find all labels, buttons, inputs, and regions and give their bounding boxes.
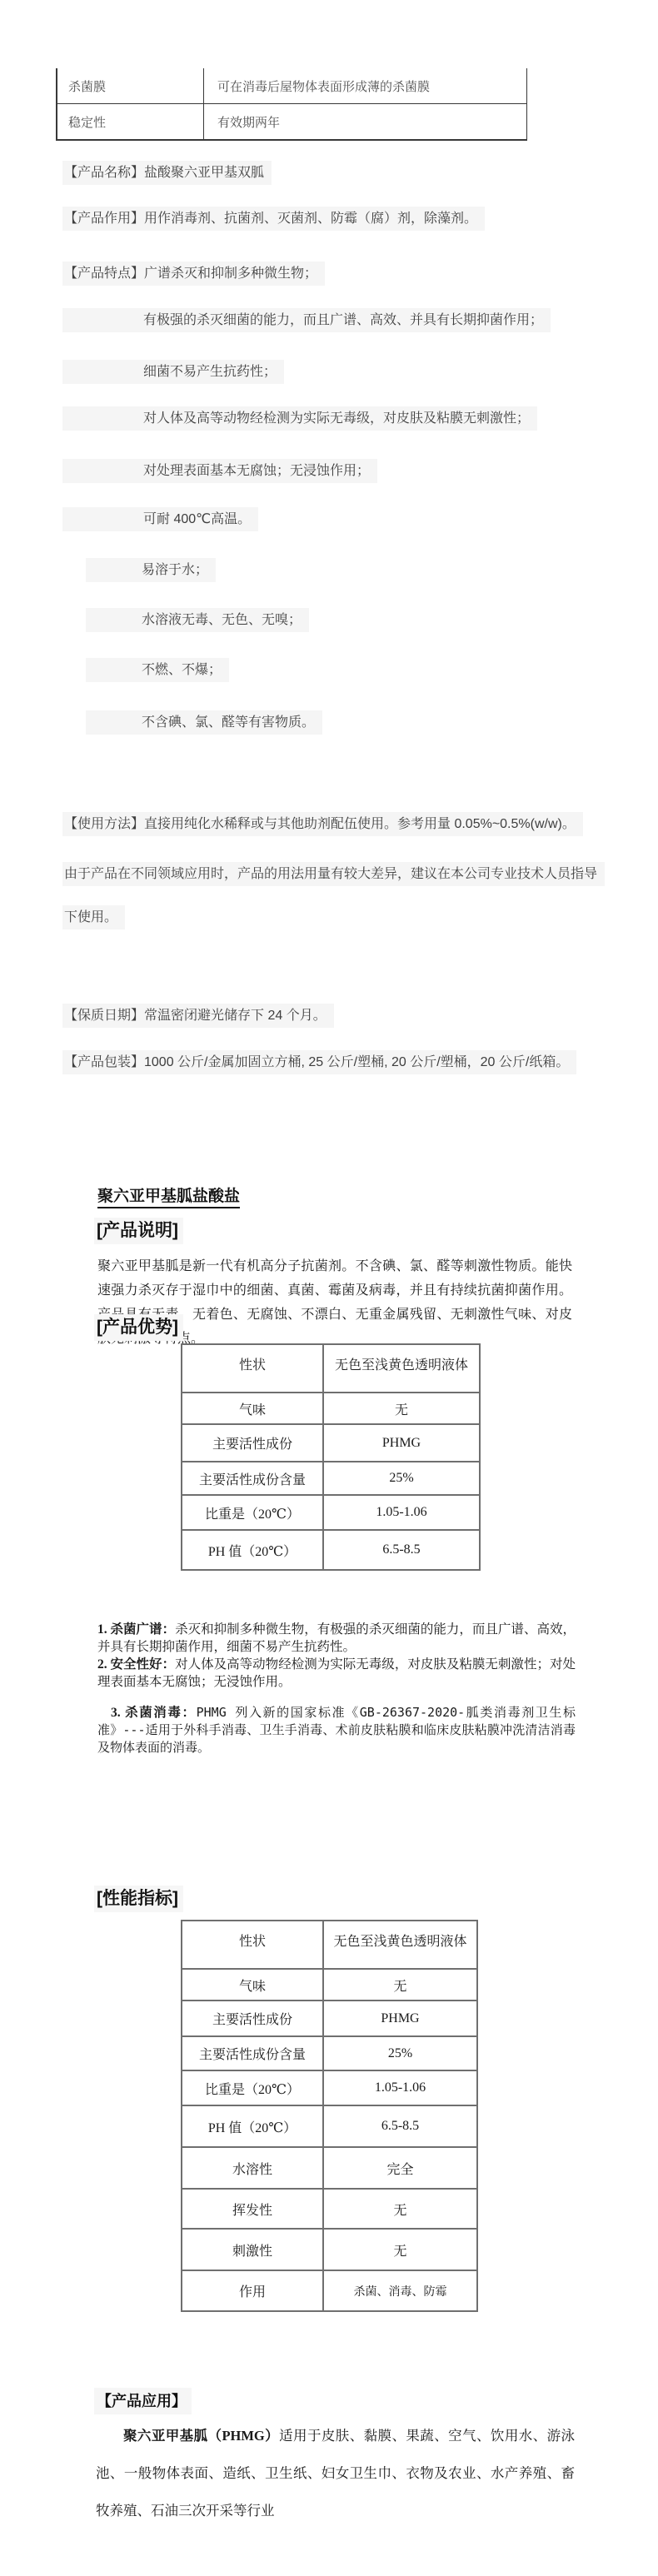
advantage-point-lead: 2. 安全性好： <box>97 1657 175 1672</box>
spec-label: 主要活性成份含量 <box>182 1462 323 1495</box>
shelf-life-line: 【保质日期】常温密闭避光储存下 24 个月。 <box>62 1004 334 1028</box>
table-row: 性状无色至浅黄色透明液体 <box>182 1344 480 1393</box>
product-effect-line: 【产品作用】用作消毒剂、抗菌剂、灭菌剂、防霉（腐）剂，除藻剂。 <box>62 207 485 231</box>
feature-item: 水溶液无毒、无色、无嗅； <box>86 608 309 632</box>
top-table: 杀菌膜 可在消毒后屋物体表面形成薄的杀菌膜 稳定性 有效期两年 <box>56 68 527 141</box>
product-features-header: 【产品特点】广谱杀灭和抑制多种微生物； <box>62 262 325 286</box>
spec-value: 无色至浅黄色透明液体 <box>323 1344 480 1393</box>
product-application-paragraph: 聚六亚甲基胍（PHMG）适用于皮肤、黏膜、果蔬、空气、饮用水、游泳池、一般物体表… <box>96 2417 575 2529</box>
product-application-header-text: 【产品应用】 <box>94 2388 192 2414</box>
spec-value: 25% <box>323 1462 480 1495</box>
spec-value: 无 <box>323 2229 477 2270</box>
usage-note-text-1: 由于产品在不同领域应用时，产品的用法用量有较大差异，建议在本公司专业技术人员指导 <box>62 862 605 886</box>
product-features-header-text: 【产品特点】广谱杀灭和抑制多种微生物； <box>62 262 325 286</box>
feature-item: 有极强的杀灭细菌的能力，而且广谱、高效、并具有长期抑菌作用； <box>62 308 551 332</box>
table-row: 主要活性成份含量25% <box>182 1462 480 1495</box>
advantage-point-lead: 1. 杀菌广谱： <box>97 1622 175 1637</box>
page-root: 杀菌膜 可在消毒后屋物体表面形成薄的杀菌膜 稳定性 有效期两年 【产品名称】盐酸… <box>0 0 658 2576</box>
spec-value: 无色至浅黄色透明液体 <box>323 1921 477 1969</box>
feature-item-text: 细菌不易产生抗药性； <box>62 360 284 384</box>
spec-label: 主要活性成份 <box>182 2001 323 2036</box>
performance-index-header: [性能指标] <box>94 1886 183 1912</box>
spec-label: 气味 <box>182 1969 323 2001</box>
spec-label: 性状 <box>182 1921 323 1969</box>
product-application-lead: 聚六亚甲基胍（PHMG） <box>123 2428 279 2444</box>
usage-note-text-2: 下使用。 <box>62 905 125 929</box>
table-row: PH 值（20℃）6.5-8.5 <box>182 2105 477 2147</box>
feature-item-text: 不含碘、氯、醛等有害物质。 <box>86 710 322 735</box>
spec-label: PH 值（20℃） <box>182 1530 323 1570</box>
spec-value: 完全 <box>323 2147 477 2189</box>
table-row: 比重是（20℃）1.05-1.06 <box>182 1495 480 1530</box>
table-row: 性状无色至浅黄色透明液体 <box>182 1921 477 1969</box>
top-table-label-bactericidal-film: 杀菌膜 <box>57 68 204 104</box>
table-row: 主要活性成份含量25% <box>182 2036 477 2070</box>
performance-spec-table: 性状无色至浅黄色透明液体 气味无 主要活性成份PHMG 主要活性成份含量25% … <box>181 1920 478 2312</box>
table-row: 挥发性无 <box>182 2189 477 2229</box>
spec-value: 无 <box>323 1393 480 1424</box>
table-row: 稳定性 有效期两年 <box>57 104 527 141</box>
spec-label: 比重是（20℃） <box>182 1495 323 1530</box>
table-row: 主要活性成份PHMG <box>182 2001 477 2036</box>
doc-title: 聚六亚甲基胍盐酸盐 <box>97 1188 240 1208</box>
product-application-header: 【产品应用】 <box>94 2388 192 2414</box>
spec-label: 刺激性 <box>182 2229 323 2270</box>
advantage-point-2: 2. 安全性好：对人体及高等动物经检测为实际无毒级，对皮肤及粘膜无刺激性；对处理… <box>97 1656 576 1691</box>
spec-label: 主要活性成份含量 <box>182 2036 323 2070</box>
spec-value: PHMG <box>323 2001 477 2036</box>
product-effect-text: 【产品作用】用作消毒剂、抗菌剂、灭菌剂、防霉（腐）剂，除藻剂。 <box>62 207 485 231</box>
feature-item-text: 对人体及高等动物经检测为实际无毒级，对皮肤及粘膜无刺激性； <box>62 406 537 431</box>
top-table-value-bactericidal-film: 可在消毒后屋物体表面形成薄的杀菌膜 <box>204 68 527 104</box>
table-row: 刺激性无 <box>182 2229 477 2270</box>
usage-line: 【使用方法】直接用纯化水稀释或与其他助剂配伍使用。参考用量 0.05%~0.5%… <box>62 812 583 836</box>
top-table-value-stability: 有效期两年 <box>204 104 527 141</box>
table-row: 作用杀菌、消毒、防霉 <box>182 2270 477 2311</box>
usage-note-line-1: 由于产品在不同领域应用时，产品的用法用量有较大差异，建议在本公司专业技术人员指导 <box>62 862 605 886</box>
feature-item-text: 可耐 400℃高温。 <box>62 507 258 531</box>
packaging-line: 【产品包装】1000 公斤/金属加固立方桶, 25 公斤/塑桶, 20 公斤/塑… <box>62 1050 576 1074</box>
table-row: PH 值（20℃）6.5-8.5 <box>182 1530 480 1570</box>
spec-label: 比重是（20℃） <box>182 2070 323 2105</box>
spec-label: 气味 <box>182 1393 323 1424</box>
advantage-point-1: 1. 杀菌广谱：杀灭和抑制多种微生物，有极强的杀灭细菌的能力，而且广谱、高效，并… <box>97 1621 576 1656</box>
spec-value: 25% <box>323 2036 477 2070</box>
feature-item-text: 不燃、不爆； <box>86 658 229 682</box>
feature-item: 可耐 400℃高温。 <box>62 507 258 531</box>
product-description-header-text: [产品说明] <box>94 1218 183 1244</box>
spec-label: 挥发性 <box>182 2189 323 2229</box>
feature-item-text: 易溶于水； <box>86 558 216 582</box>
table-row: 气味无 <box>182 1393 480 1424</box>
table-row: 气味无 <box>182 1969 477 2001</box>
usage-note-line-2: 下使用。 <box>62 905 125 929</box>
table-row: 杀菌膜 可在消毒后屋物体表面形成薄的杀菌膜 <box>57 68 527 104</box>
feature-item: 易溶于水； <box>86 558 216 582</box>
feature-item-text: 水溶液无毒、无色、无嗅； <box>86 608 309 632</box>
product-name-line: 【产品名称】盐酸聚六亚甲基双胍 <box>62 161 272 185</box>
advantage-point-3: 3. 杀菌消毒：PHMG 列入新的国家标准《GB-26367-2020-胍类消毒… <box>97 1704 576 1756</box>
usage-text: 【使用方法】直接用纯化水稀释或与其他助剂配伍使用。参考用量 0.05%~0.5%… <box>62 812 583 836</box>
product-advantage-header-text: [产品优势] <box>94 1314 183 1341</box>
spec-value: 1.05-1.06 <box>323 2070 477 2105</box>
performance-index-header-text: [性能指标] <box>94 1886 183 1912</box>
feature-item-text: 有极强的杀灭细菌的能力，而且广谱、高效、并具有长期抑菌作用； <box>62 308 551 332</box>
spec-label: PH 值（20℃） <box>182 2105 323 2147</box>
packaging-text: 【产品包装】1000 公斤/金属加固立方桶, 25 公斤/塑桶, 20 公斤/塑… <box>62 1050 576 1074</box>
feature-item: 不燃、不爆； <box>86 658 229 682</box>
spec-value: 无 <box>323 1969 477 2001</box>
feature-item: 不含碘、氯、醛等有害物质。 <box>86 710 322 735</box>
spec-value: 杀菌、消毒、防霉 <box>323 2270 477 2311</box>
feature-item: 对处理表面基本无腐蚀；无浸蚀作用； <box>62 459 377 483</box>
feature-item: 对人体及高等动物经检测为实际无毒级，对皮肤及粘膜无刺激性； <box>62 406 537 431</box>
top-table-label-stability: 稳定性 <box>57 104 204 141</box>
advantage-point-lead: 3. 杀菌消毒： <box>111 1706 197 1720</box>
spec-value: 6.5-8.5 <box>323 2105 477 2147</box>
table-row: 水溶性完全 <box>182 2147 477 2189</box>
product-advantage-header: [产品优势] <box>94 1314 183 1341</box>
spec-label: 性状 <box>182 1344 323 1393</box>
shelf-life-text: 【保质日期】常温密闭避光储存下 24 个月。 <box>62 1004 334 1028</box>
spec-value: 无 <box>323 2189 477 2229</box>
spec-value: 6.5-8.5 <box>323 1530 480 1570</box>
table-row: 主要活性成份PHMG <box>182 1424 480 1462</box>
advantage-points-list: 1. 杀菌广谱：杀灭和抑制多种微生物，有极强的杀灭细菌的能力，而且广谱、高效，并… <box>97 1621 576 1756</box>
spec-label: 主要活性成份 <box>182 1424 323 1462</box>
product-name-text: 【产品名称】盐酸聚六亚甲基双胍 <box>62 161 272 185</box>
spec-value: PHMG <box>323 1424 480 1462</box>
spec-label: 水溶性 <box>182 2147 323 2189</box>
spec-label: 作用 <box>182 2270 323 2311</box>
product-description-header: [产品说明] <box>94 1218 183 1244</box>
advantage-spec-table: 性状无色至浅黄色透明液体 气味无 主要活性成份PHMG 主要活性成份含量25% … <box>181 1343 481 1571</box>
spec-value: 1.05-1.06 <box>323 1495 480 1530</box>
feature-item: 细菌不易产生抗药性； <box>62 360 284 384</box>
table-row: 比重是（20℃）1.05-1.06 <box>182 2070 477 2105</box>
feature-item-text: 对处理表面基本无腐蚀；无浸蚀作用； <box>62 459 377 483</box>
